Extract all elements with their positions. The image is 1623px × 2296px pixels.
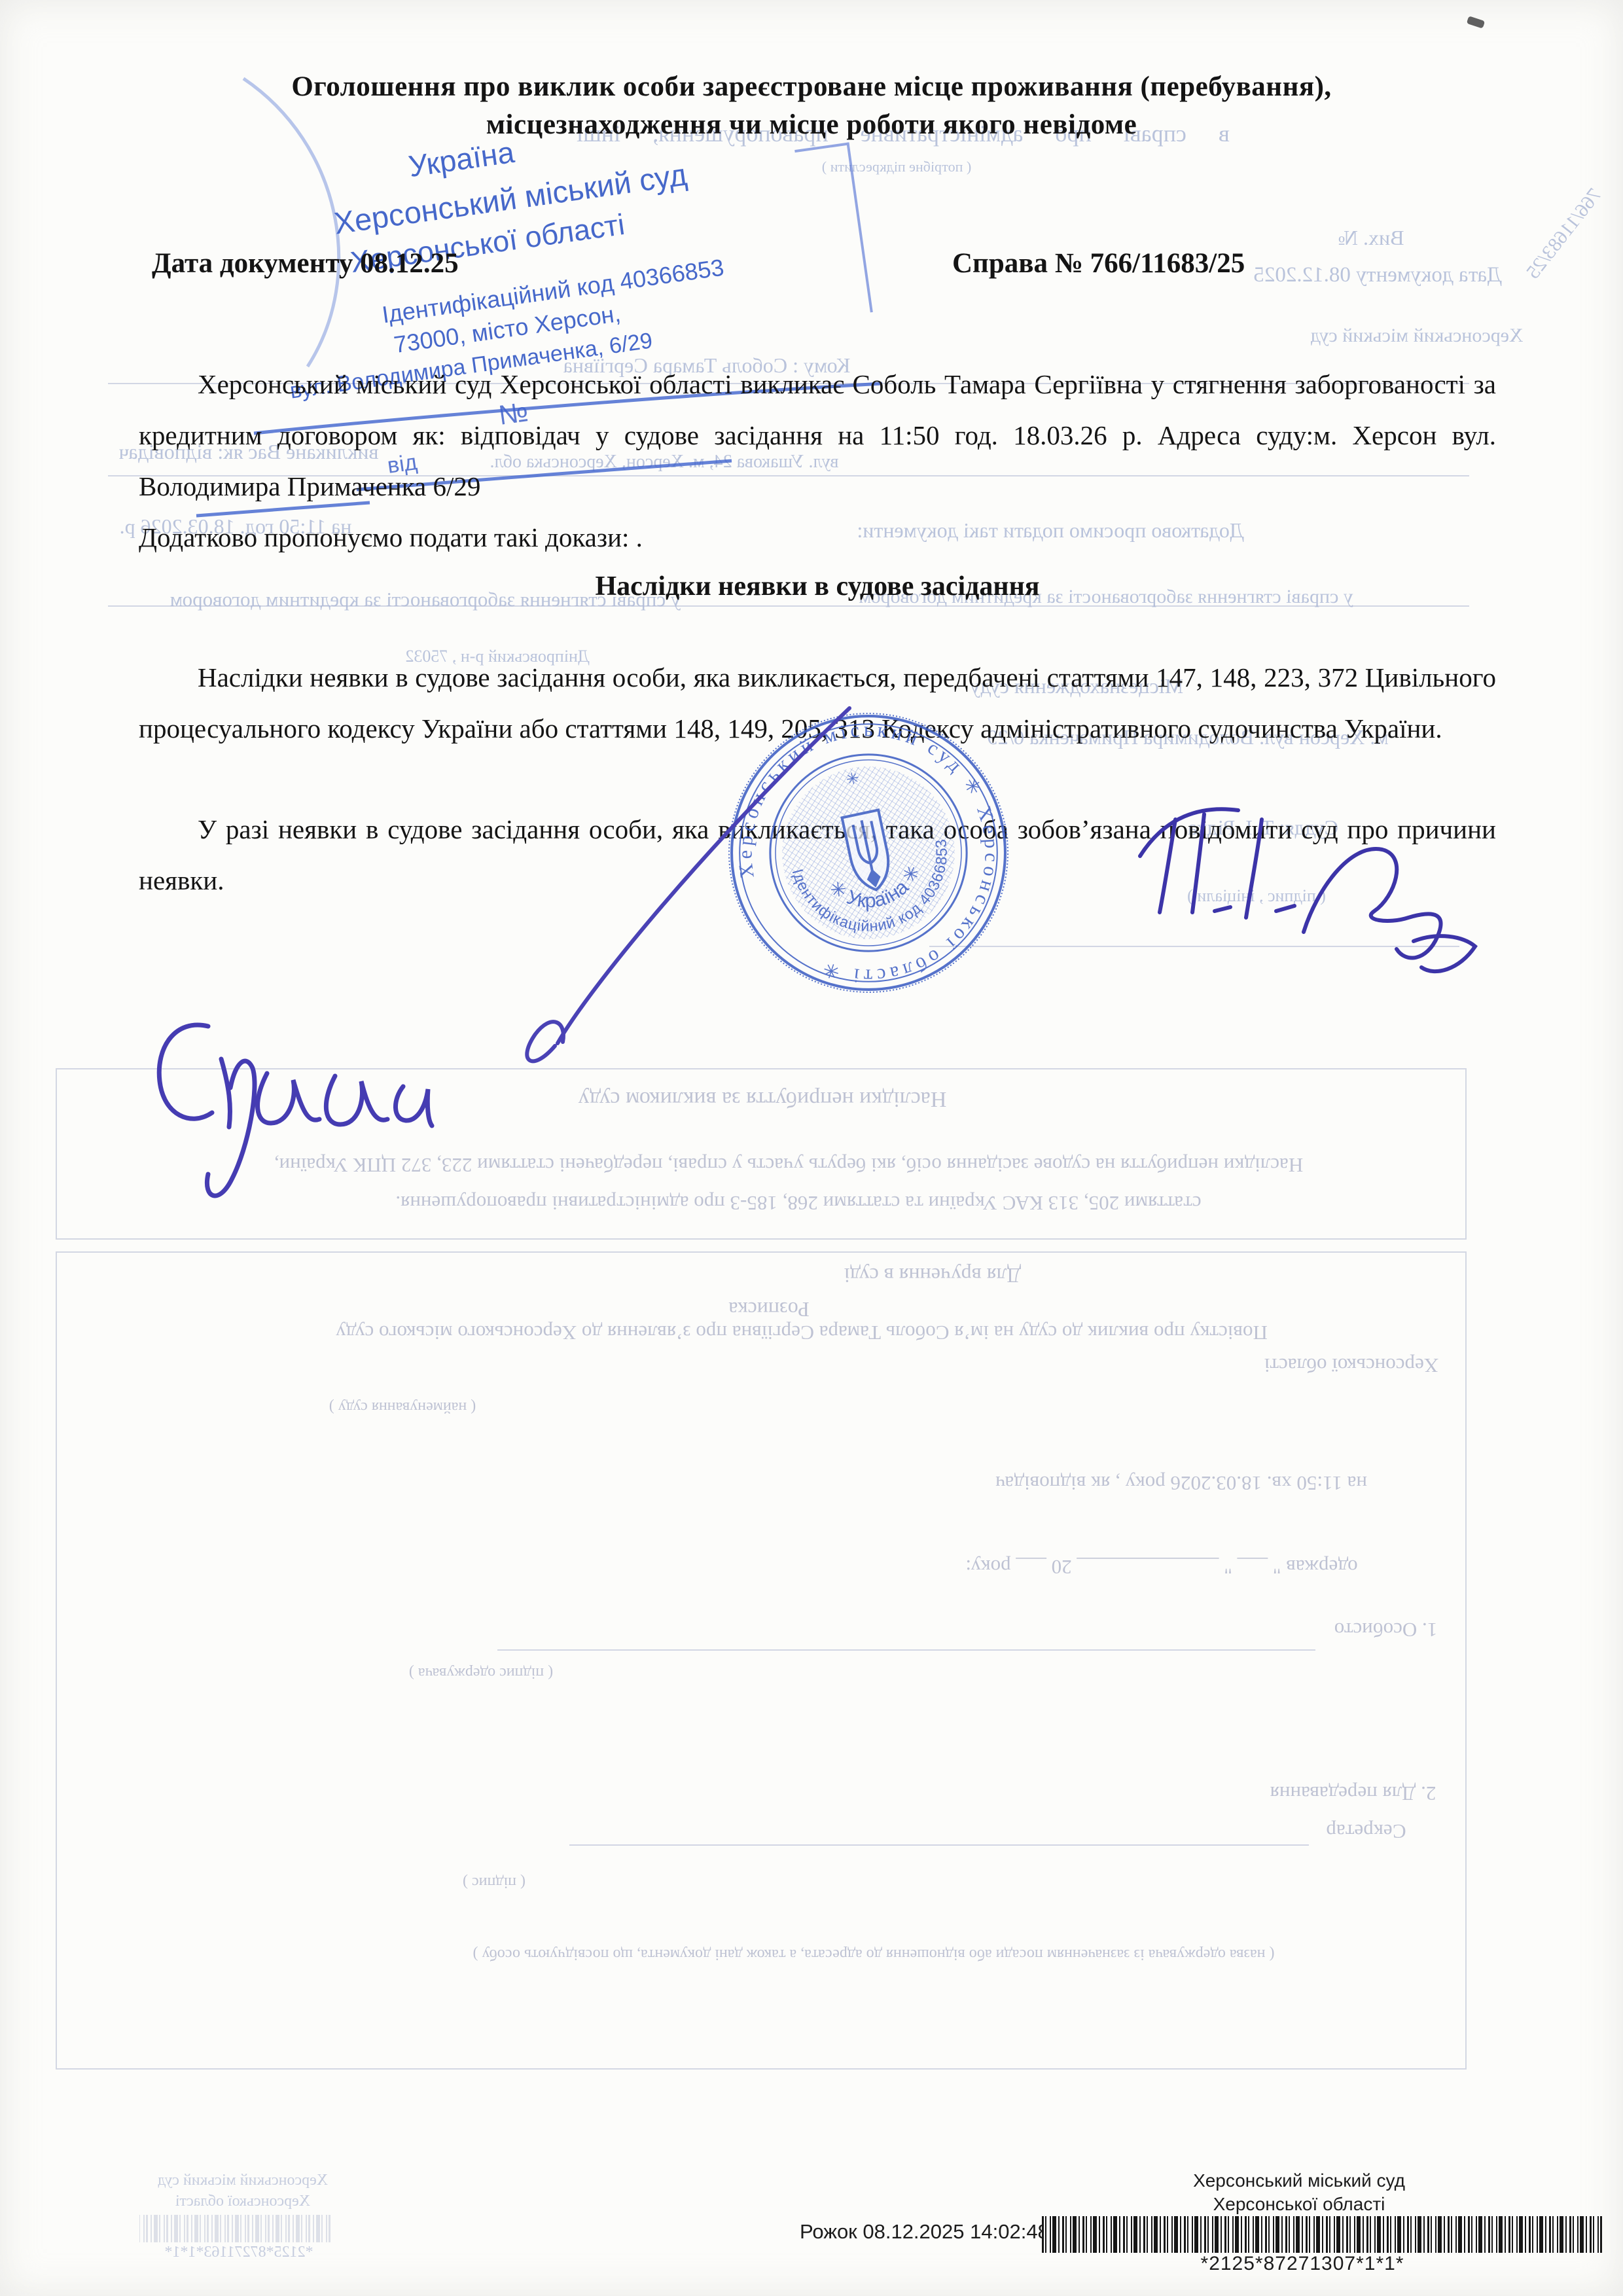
judge-word-handwriting xyxy=(159,1025,432,1196)
scanned-court-summons-page: в справі про адміністративне правопоруше… xyxy=(0,0,1623,2296)
handwriting-layer xyxy=(0,0,1623,2296)
ghost-barcode xyxy=(139,2215,330,2242)
judge-signature xyxy=(1140,809,1475,971)
footer-court-name-2: Херсонської області xyxy=(1191,2194,1407,2215)
scan-operator-timestamp: Рожок 08.12.2025 14:02:48 xyxy=(800,2220,1049,2244)
pen-stroke-over-seal xyxy=(527,708,849,1061)
barcode xyxy=(1042,2216,1602,2253)
footer-court-name-1: Херсонський міський суд xyxy=(1191,2170,1407,2191)
barcode-text: *2125*87271307*1*1* xyxy=(1185,2253,1420,2275)
